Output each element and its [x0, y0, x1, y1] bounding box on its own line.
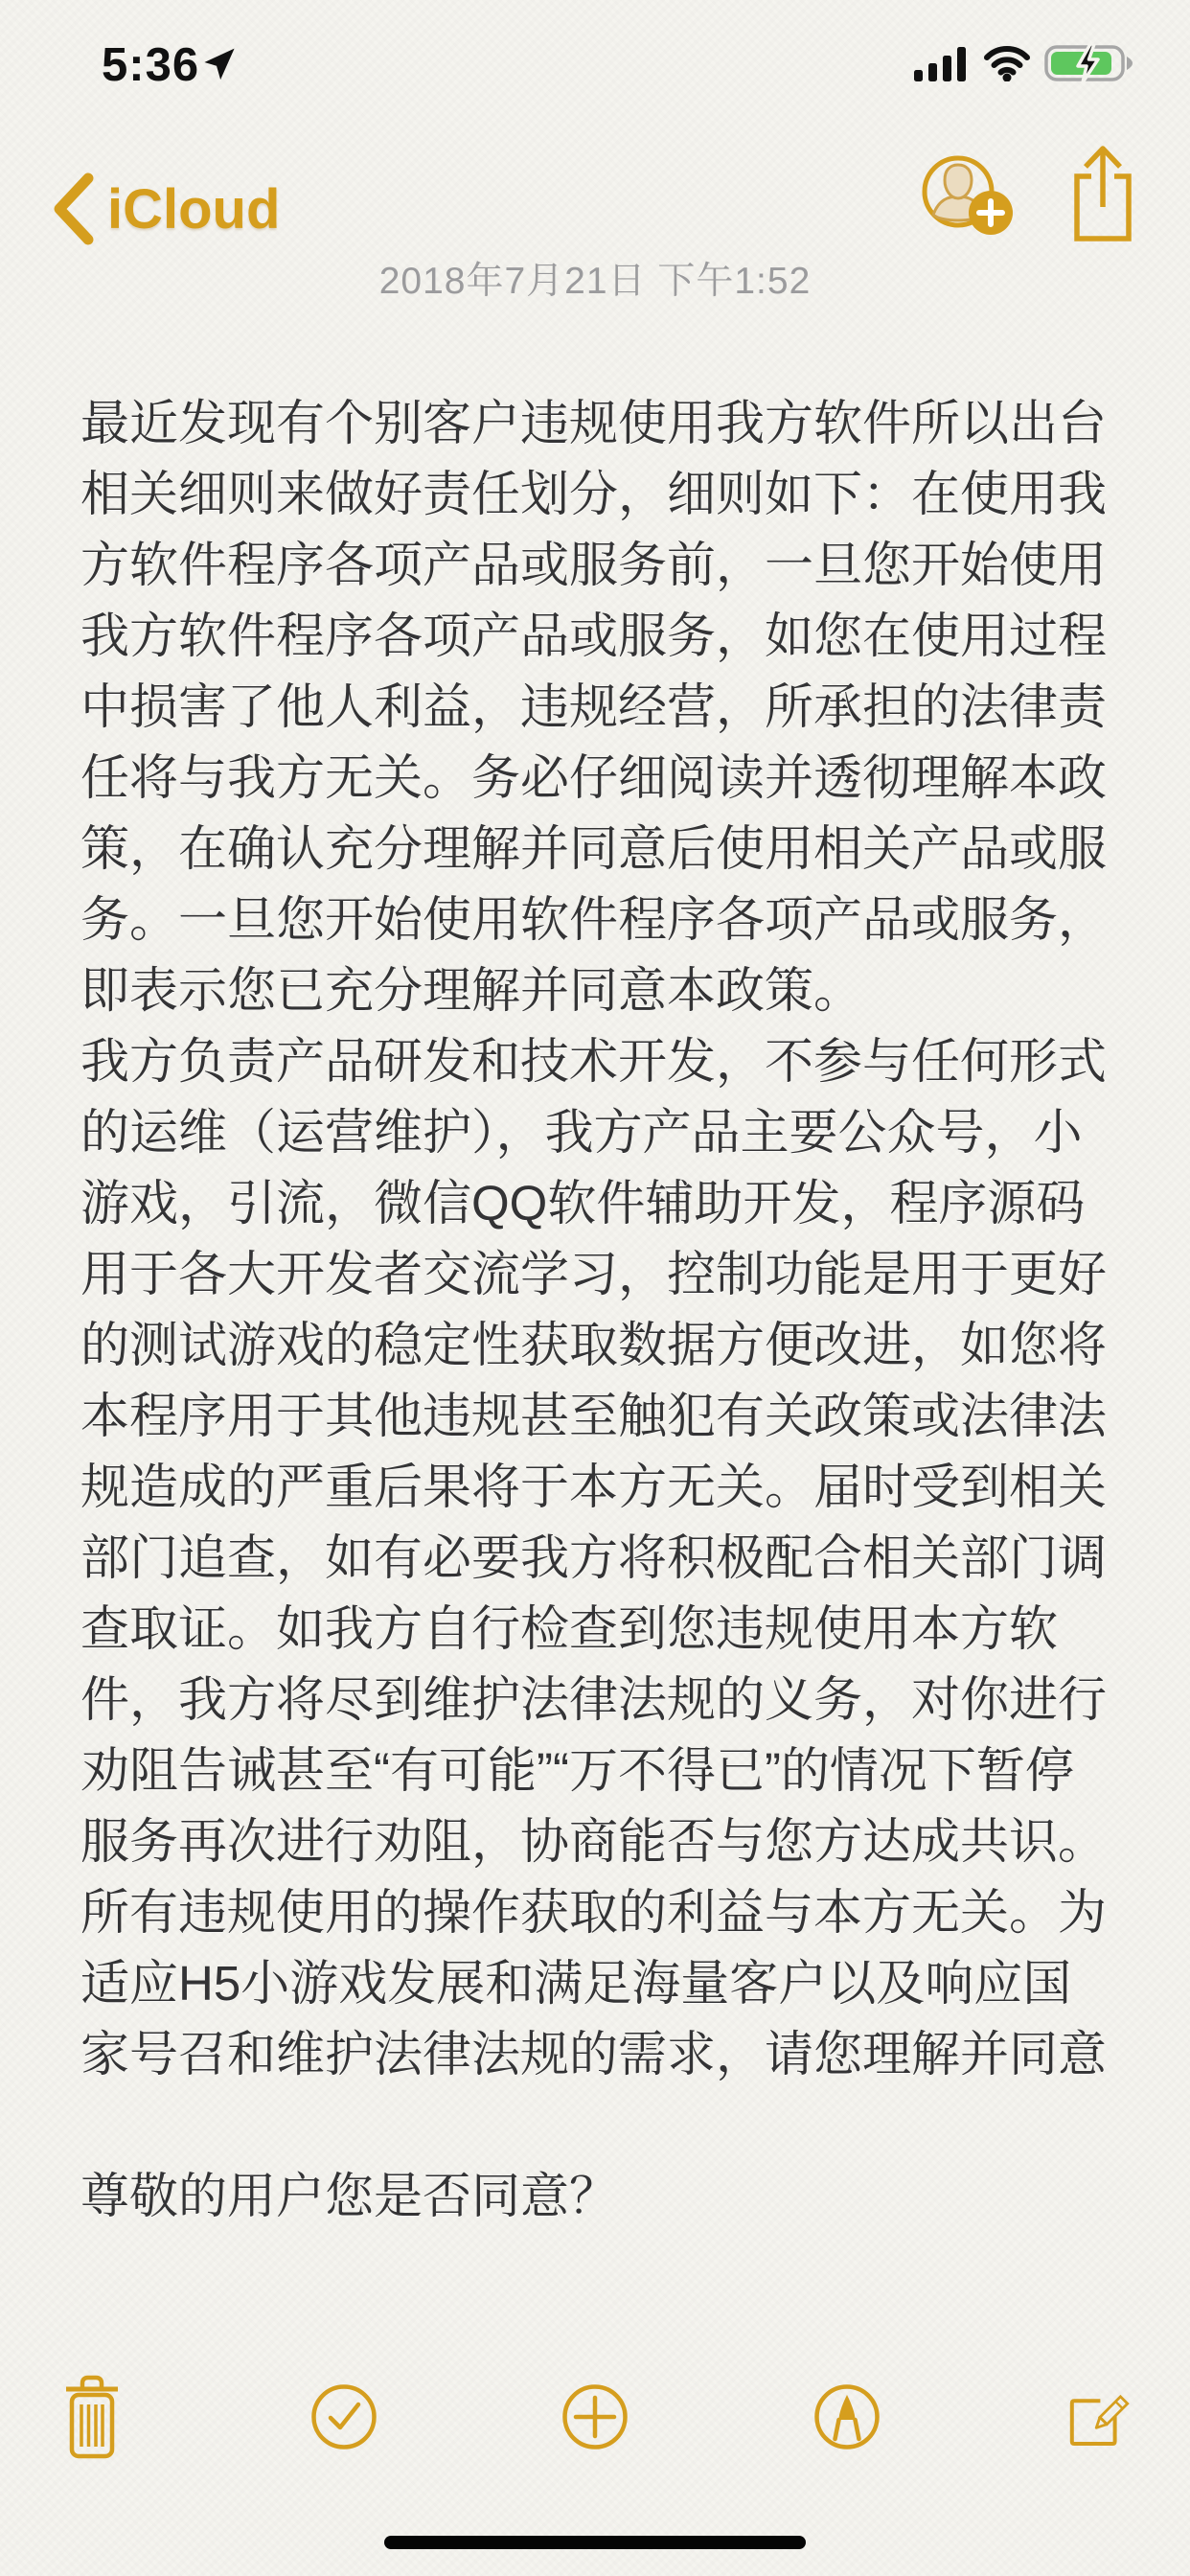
note-body-text[interactable]: 最近发现有个别客户违规使用我方软件所以出台 相关细则来做好责任划分，细则如下：在… — [80, 388, 1140, 2232]
back-button[interactable]: iCloud — [50, 172, 280, 245]
add-button[interactable] — [561, 2374, 629, 2460]
nav-bar: iCloud — [0, 144, 1190, 259]
checklist-button[interactable] — [309, 2374, 378, 2460]
wifi-icon — [983, 45, 1031, 81]
status-right-cluster — [914, 44, 1134, 82]
compose-button[interactable] — [1064, 2374, 1133, 2460]
chevron-left-icon — [50, 172, 94, 245]
nav-actions — [922, 144, 1134, 243]
share-button[interactable] — [1071, 144, 1134, 243]
bottom-toolbar — [0, 2369, 1190, 2465]
location-arrow-icon — [203, 48, 236, 80]
status-bar: 5:36 — [0, 33, 1190, 90]
battery-charging-icon — [1044, 44, 1134, 82]
home-indicator[interactable] — [384, 2536, 806, 2549]
add-people-button[interactable] — [922, 149, 1018, 238]
trash-button[interactable] — [57, 2374, 126, 2460]
back-button-label: iCloud — [107, 177, 280, 241]
note-date: 2018年7月21日 下午1:52 — [0, 251, 1190, 305]
status-time: 5:36 — [102, 38, 199, 92]
markup-pen-button[interactable] — [812, 2374, 881, 2460]
notes-app-screen: 5:36 — [0, 0, 1190, 2576]
cellular-signal-icon — [914, 45, 970, 81]
